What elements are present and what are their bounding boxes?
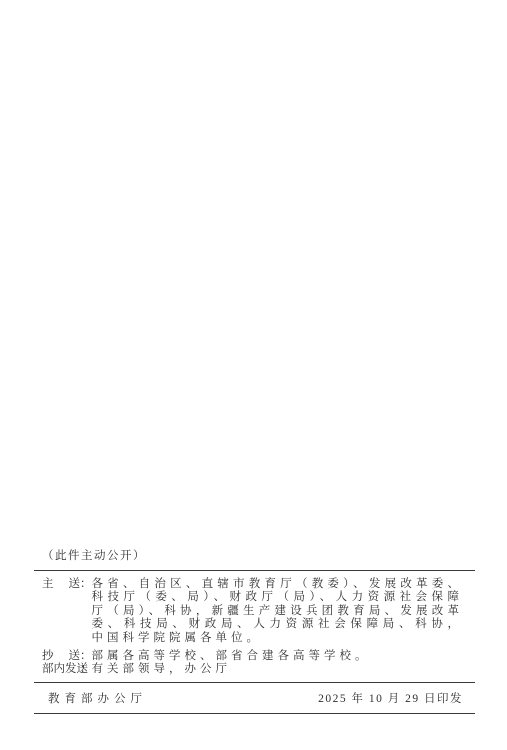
document-page: （此件主动公开） 主送 ： 各省、自治区、直辖市教育厅（教委）、发展改革委、科技…: [0, 0, 507, 750]
distribution-table: 主送 ： 各省、自治区、直辖市教育厅（教委）、发展改革委、科技厅（委、局）、财政…: [34, 570, 475, 683]
distribution-entry-copy-send: 抄送 ： 部属各高等学校、部省合建各高等学校。: [42, 650, 463, 663]
distribution-entry-main-send: 主送 ： 各省、自治区、直辖市教育厅（教委）、发展改革委、科技厅（委、局）、财政…: [42, 578, 463, 645]
entry-content-main-send: 各省、自治区、直辖市教育厅（教委）、发展改革委、科技厅（委、局）、财政厅（局）、…: [92, 578, 464, 645]
print-date: 2025 年 10 月 29 日印发: [318, 690, 463, 706]
entry-label-copy-send: 抄送: [42, 650, 80, 663]
entry-label-main-send: 主送: [42, 578, 80, 591]
colophon-bar: 教育部办公厅 2025 年 10 月 29 日印发: [34, 683, 475, 714]
entry-content-internal-send: 有关部领导，办公厅: [92, 663, 464, 676]
document-tail-block: （此件主动公开） 主送 ： 各省、自治区、直辖市教育厅（教委）、发展改革委、科技…: [34, 543, 475, 714]
disclosure-note: （此件主动公开）: [42, 548, 475, 564]
entry-label-internal-send: 部内发送: [42, 663, 80, 676]
entry-colon: ：: [80, 578, 92, 591]
issuing-office: 教育部办公厅: [48, 690, 147, 706]
entry-content-copy-send: 部属各高等学校、部省合建各高等学校。: [92, 650, 464, 663]
entry-colon: ：: [80, 663, 92, 676]
distribution-entry-internal-send: 部内发送 ： 有关部领导，办公厅: [42, 663, 463, 676]
entry-colon: ：: [80, 650, 92, 663]
